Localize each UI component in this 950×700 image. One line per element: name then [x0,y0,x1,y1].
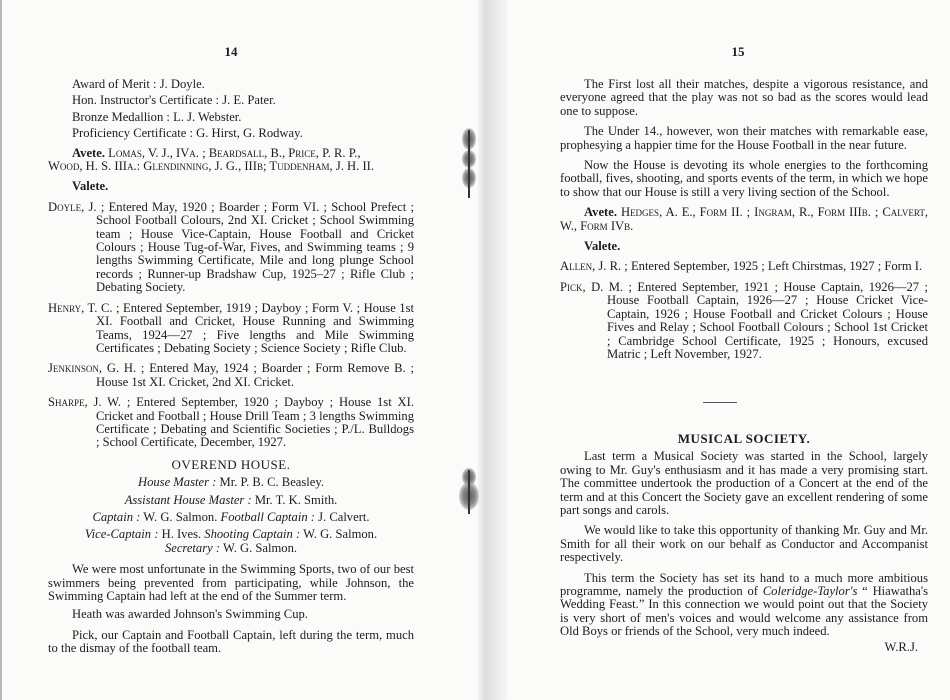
award-line: Award of Merit : J. Doyle. [48,78,414,91]
signature: W.R.J. [560,641,928,654]
valete-entry: Doyle, J. ; Entered May, 1920 ; Boarder … [48,201,414,295]
avete-continued: Wood, H. S. IIIa.: Glendinning, J. G., I… [48,160,414,173]
paragraph: The First lost all their matches, despit… [560,78,928,118]
award-line: Proficiency Certificate : G. Hirst, G. R… [48,127,414,140]
valete-heading: Valete. [560,240,928,253]
house-report-continued: The First lost all their matches, despit… [560,78,928,361]
page-14: 14 Award of Merit : J. Doyle. Hon. Instr… [48,0,414,700]
section-heading-musical-society: MUSICAL SOCIETY. [560,432,928,445]
page-number: 15 [554,44,922,60]
valete-entry: Sharpe, J. W. ; Entered September, 1920 … [48,396,414,450]
booklet-spread: 14 Award of Merit : J. Doyle. Hon. Instr… [0,0,950,700]
captain-line: Captain : W. G. Salmon. Football Captain… [48,511,414,524]
staple [468,130,470,198]
award-line: Hon. Instructor's Certificate : J. E. Pa… [48,94,414,107]
section-divider [703,402,737,403]
valete-entry: Jenkinson, G. H. ; Entered May, 1924 ; B… [48,362,414,389]
valete-entry: Pick, D. M. ; Entered September, 1921 ; … [560,281,928,361]
house-master-line: House Master : Mr. P. B. C. Beasley. [48,476,414,489]
page-edge [0,0,2,700]
paragraph: This term the Society has set its hand t… [560,572,928,639]
paragraph: We would like to take this opportunity o… [560,524,928,564]
paragraph: Last term a Musical Society was started … [560,450,928,517]
vice-captain-line: Vice-Captain : H. Ives. Shooting Captain… [48,528,414,541]
valete-entry: Henry, T. C. ; Entered September, 1919 ;… [48,302,414,356]
award-line: Bronze Medallion : L. J. Webster. [48,111,414,124]
paragraph: We were most unfortunate in the Swimming… [48,563,414,603]
assistant-house-master-line: Assistant House Master : Mr. T. K. Smith… [48,494,414,507]
avete-section: Avete. Hedges, A. E., Form II. ; Ingram,… [560,206,928,233]
binding-gutter [478,0,508,700]
paragraph: Heath was awarded Johnson's Swimming Cup… [48,608,414,621]
paragraph: The Under 14., however, won their matche… [560,125,928,152]
paragraph: Now the House is devoting its whole ener… [560,159,928,199]
valete-entry: Allen, J. R. ; Entered September, 1925 ;… [560,260,928,273]
valete-heading: Valete. [48,180,414,193]
staple [468,470,470,514]
secretary-line: Secretary : W. G. Salmon. [48,542,414,555]
paragraph: Pick, our Captain and Football Captain, … [48,629,414,656]
awards-list: Award of Merit : J. Doyle. Hon. Instruct… [48,78,414,656]
musical-society-section: MUSICAL SOCIETY. Last term a Musical Soc… [560,432,928,654]
avete-section: Avete. Lomas, V. J., IVa. ; Beardsall, B… [48,147,414,160]
page-15: 15 The First lost all their matches, des… [560,0,928,700]
section-heading-overend-house: OVEREND HOUSE. [48,458,414,471]
page-number: 14 [48,44,414,60]
